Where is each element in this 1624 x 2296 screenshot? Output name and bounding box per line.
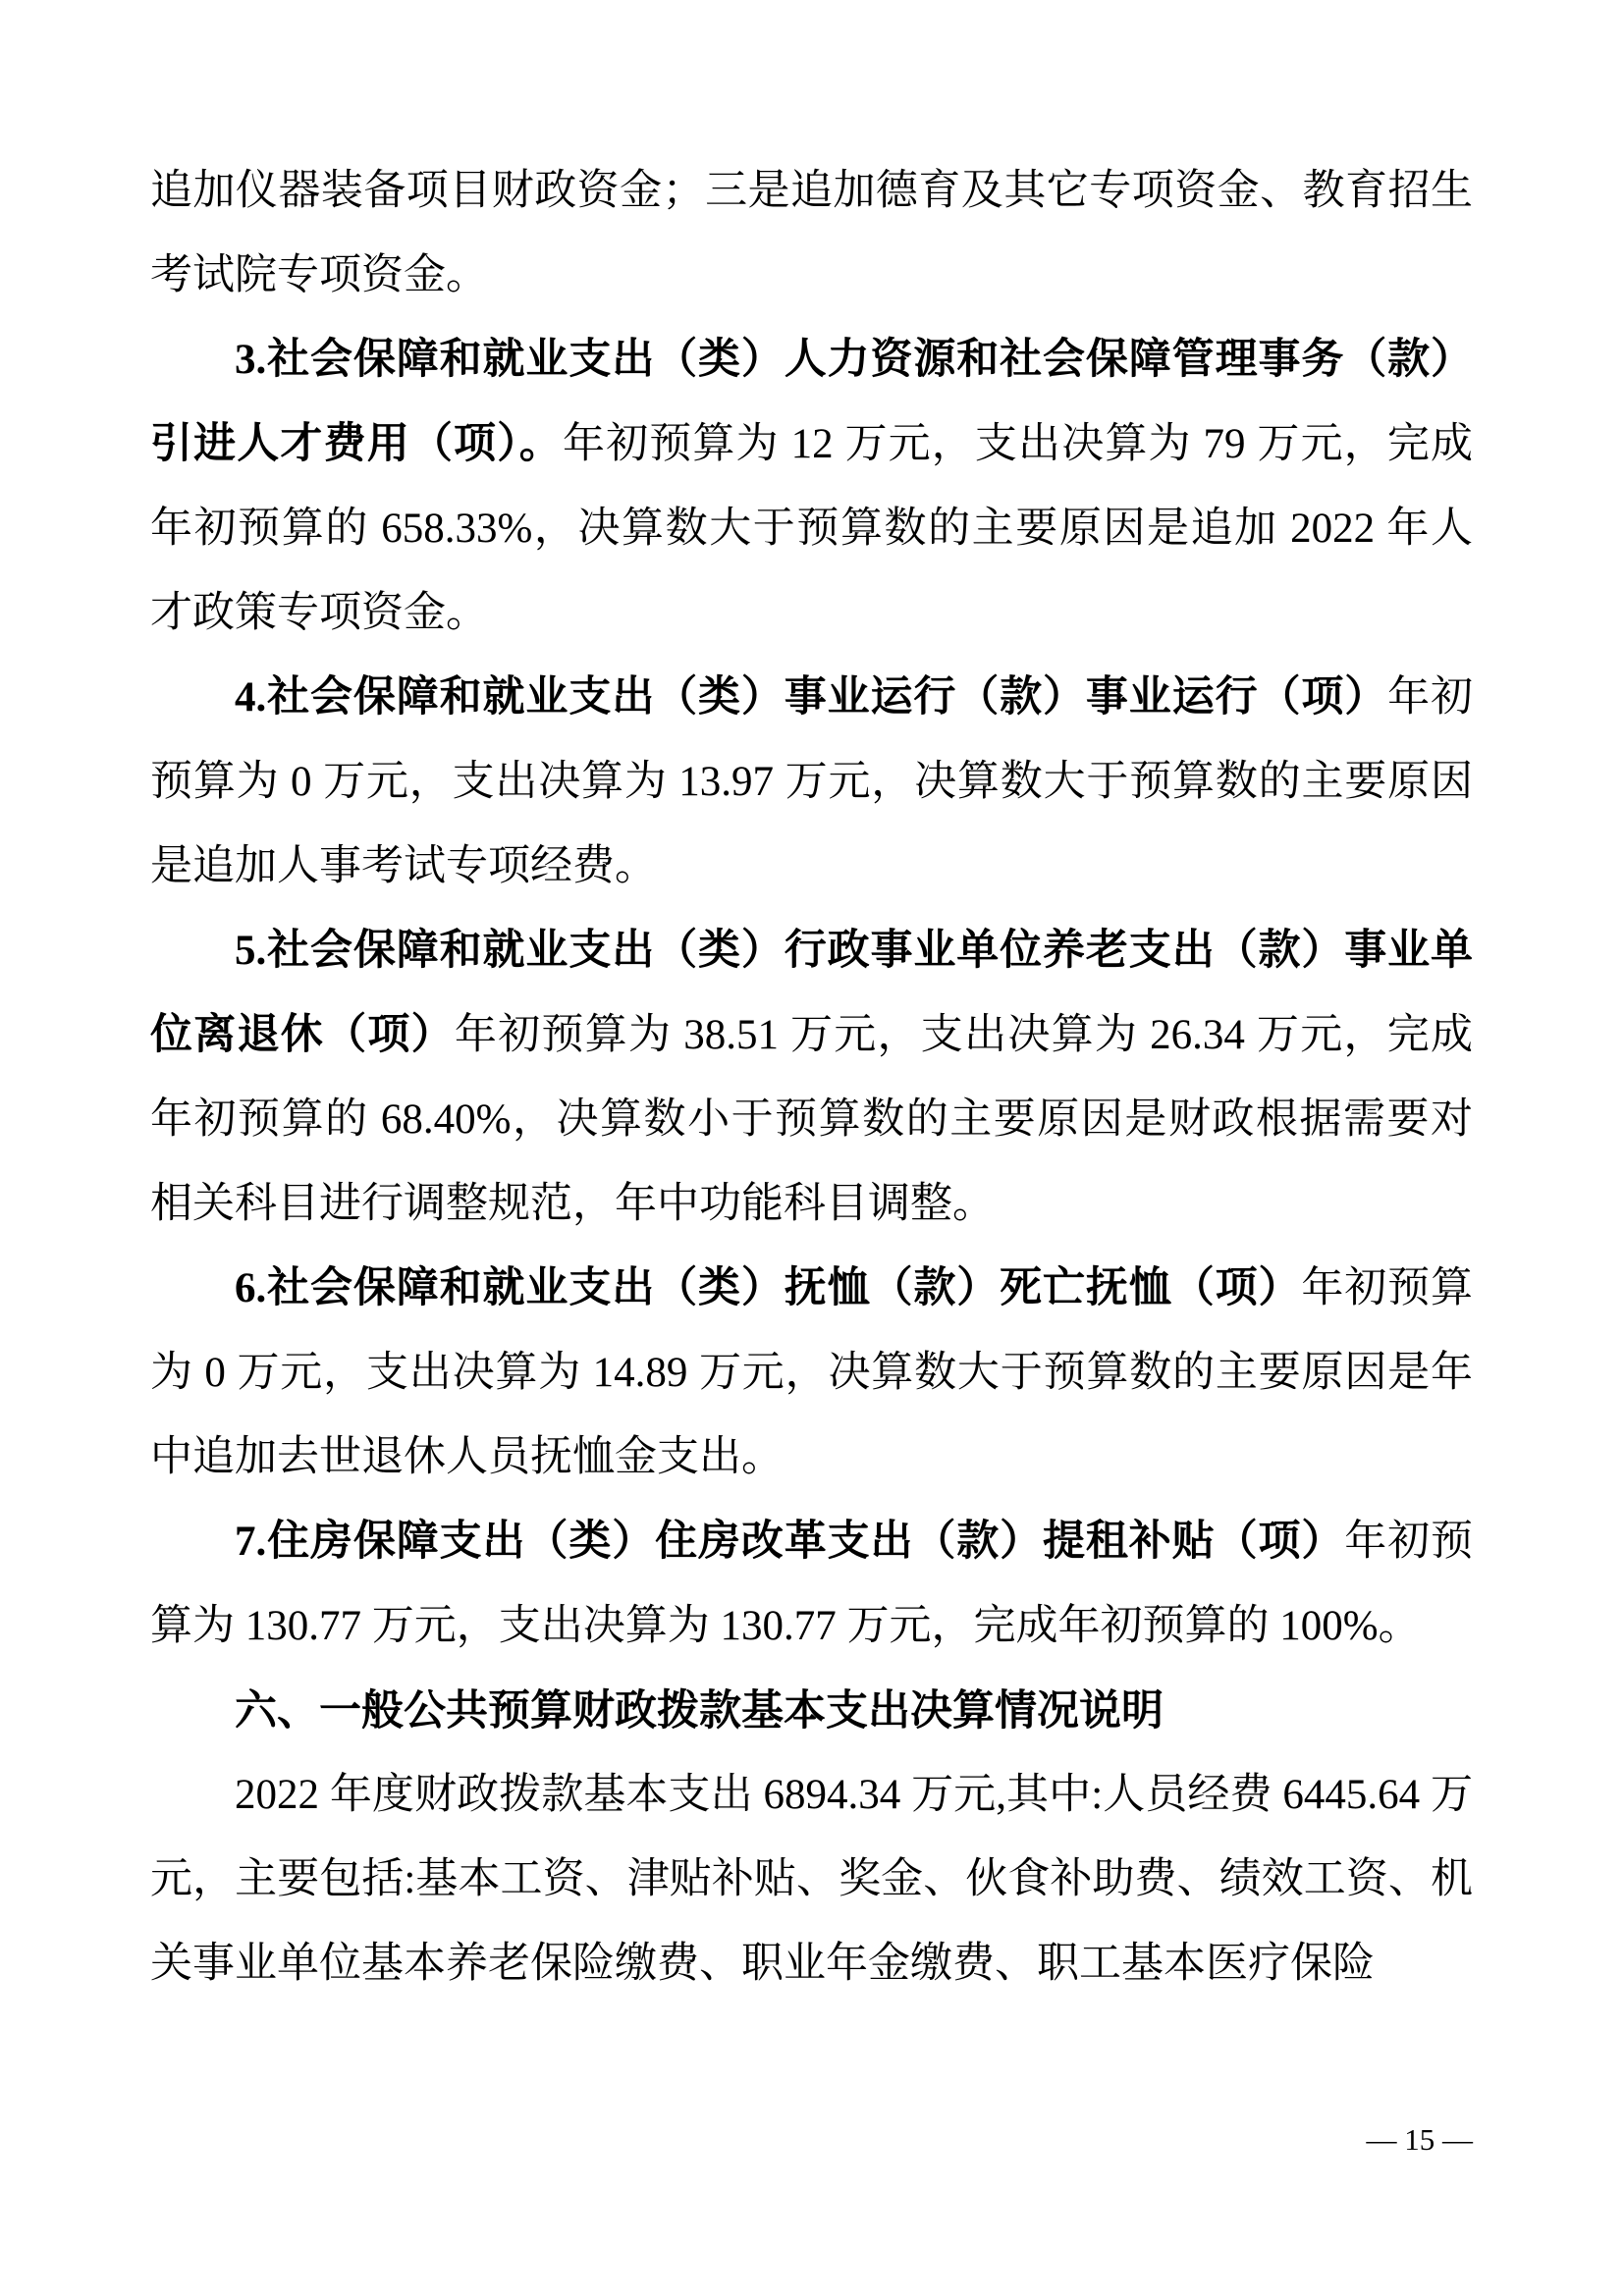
paragraph-item-6: 6.社会保障和就业支出（类）抚恤（款）死亡抚恤（项）年初预算为 0 万元，支出决… xyxy=(150,1247,1473,1500)
section-heading-text: 六、一般公共预算财政拨款基本支出决算情况说明 xyxy=(235,1687,1164,1735)
paragraph-bold-lead: 7.住房保障支出（类）住房改革支出（款）提租补贴（项） xyxy=(235,1519,1344,1565)
paragraph-item-7: 7.住房保障支出（类）住房改革支出（款）提租补贴（项）年初预算为 130.77 … xyxy=(150,1500,1473,1669)
page-number: — 15 — xyxy=(1367,2120,1474,2160)
paragraph-item-4: 4.社会保障和就业支出（类）事业运行（款）事业运行（项）年初预算为 0 万元，支… xyxy=(150,656,1473,909)
section-heading: 六、一般公共预算财政拨款基本支出决算情况说明 xyxy=(150,1669,1473,1753)
paragraph-continuation: 追加仪器装备项目财政资金；三是追加德育及其它专项资金、教育招生考试院专项资金。 xyxy=(150,149,1473,318)
paragraph-text: 2022 年度财政拨款基本支出 6894.34 万元,其中:人员经费 6445.… xyxy=(150,1772,1473,1987)
document-body: 追加仪器装备项目财政资金；三是追加德育及其它专项资金、教育招生考试院专项资金。 … xyxy=(150,149,1473,2006)
paragraph-bold-lead: 4.社会保障和就业支出（类）事业运行（款）事业运行（项） xyxy=(235,674,1387,721)
paragraph-item-3: 3.社会保障和就业支出（类）人力资源和社会保障管理事务（款）引进人才费用（项）。… xyxy=(150,318,1473,656)
paragraph-text: 追加仪器装备项目财政资金；三是追加德育及其它专项资金、教育招生考试院专项资金。 xyxy=(150,168,1473,298)
paragraph-basic-expenditure: 2022 年度财政拨款基本支出 6894.34 万元,其中:人员经费 6445.… xyxy=(150,1753,1473,2006)
document-page: 追加仪器装备项目财政资金；三是追加德育及其它专项资金、教育招生考试院专项资金。 … xyxy=(0,0,1624,2296)
paragraph-item-5: 5.社会保障和就业支出（类）行政事业单位养老支出（款）事业单位离退休（项）年初预… xyxy=(150,909,1473,1247)
paragraph-bold-lead: 6.社会保障和就业支出（类）抚恤（款）死亡抚恤（项） xyxy=(235,1265,1301,1311)
